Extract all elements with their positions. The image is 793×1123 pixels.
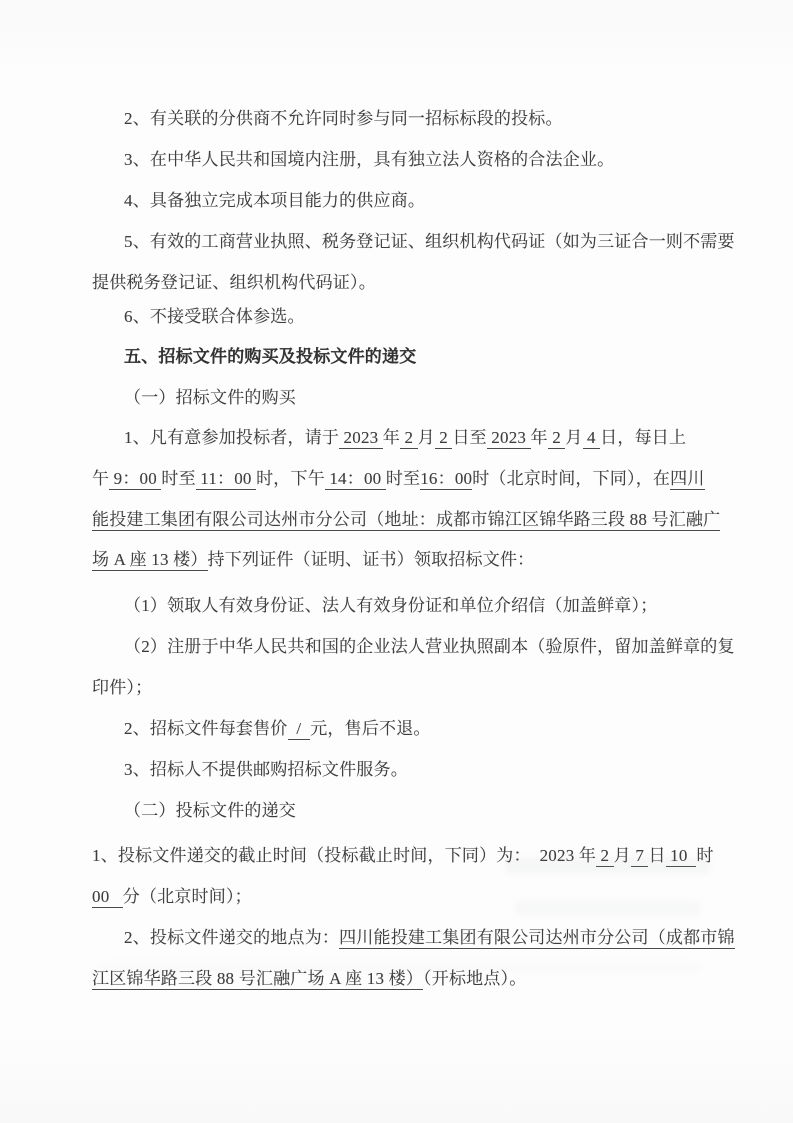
- text-line-1: 2、有关联的分供商不允许同时参与同一招标标段的投标。: [124, 108, 563, 130]
- text-segment: 时至: [386, 469, 420, 488]
- text-line-12: 场 A 座 13 楼）持下列证件（证明、证书）领取招标文件：: [92, 549, 534, 571]
- text-line-17: 3、招标人不提供邮购招标文件服务。: [124, 759, 408, 781]
- underlined-text: 10: [666, 846, 697, 867]
- underlined-text: 7: [631, 846, 649, 867]
- text-segment: 时至: [161, 469, 195, 488]
- text-segment: 5、有效的工商营业执照、税务登记证、组织机构代码证（如为三证合一则不需要: [124, 232, 735, 251]
- text-segment: 1、凡有意参加投标者，请于: [124, 428, 339, 447]
- underlined-text: 11：00: [196, 469, 256, 490]
- underlined-text: 能投建工集团有限公司达州市分公司（地址：成都市锦江区锦华路三段 88 号汇融广: [92, 510, 720, 531]
- text-line-4: 5、有效的工商营业执照、税务登记证、组织机构代码证（如为三证合一则不需要: [124, 231, 735, 253]
- text-line-18: （二）投标文件的递交: [124, 800, 296, 822]
- text-segment: 日至: [452, 428, 486, 447]
- underlined-text: 场 A 座 13 楼）: [92, 550, 208, 571]
- text-segment: 印件）；: [92, 678, 152, 697]
- text-line-22: 江区锦华路三段 88 号汇融广场 A 座 13 楼）（开标地点）。: [92, 968, 526, 990]
- text-line-6: 6、不接受联合体参选。: [124, 306, 305, 328]
- text-line-11: 能投建工集团有限公司达州市分公司（地址：成都市锦江区锦华路三段 88 号汇融广: [92, 509, 720, 531]
- text-line-2: 3、在中华人民共和国境内注册，具有独立法人资格的合法企业。: [124, 149, 614, 171]
- underlined-text: 16：00: [420, 469, 472, 490]
- text-segment: 持下列证件（证明、证书）领取招标文件：: [208, 550, 535, 569]
- text-segment: 分（北京时间）；: [123, 887, 252, 906]
- text-segment: 午: [92, 469, 109, 488]
- text-segment: 3、在中华人民共和国境内注册，具有独立法人资格的合法企业。: [124, 150, 614, 169]
- underlined-text: 2: [435, 428, 453, 449]
- underlined-text: 2: [548, 428, 566, 449]
- underlined-text: 四川能投建工集团有限公司达州市分公司（成都市锦: [339, 928, 735, 949]
- document-page: 2、有关联的分供商不允许同时参与同一招标标段的投标。3、在中华人民共和国境内注册…: [0, 0, 793, 1123]
- underlined-text: 00: [92, 887, 123, 908]
- underlined-text: 四川: [670, 469, 704, 490]
- text-segment: 元，售后不退。: [310, 719, 430, 738]
- text-segment: 月: [565, 428, 582, 447]
- underlined-text: 14：00: [325, 469, 386, 490]
- text-segment: 2、招标文件每套售价: [124, 719, 288, 738]
- text-line-3: 4、具备独立完成本项目能力的供应商。: [124, 190, 425, 212]
- text-segment: （二）投标文件的递交: [124, 801, 296, 820]
- text-segment: 提供税务登记证、组织机构代码证）。: [92, 273, 376, 292]
- text-segment: 年: [383, 428, 400, 447]
- text-segment: 日: [648, 846, 665, 865]
- text-segment: 2、投标文件递交的地点为：: [124, 928, 339, 947]
- text-line-16: 2、招标文件每套售价 / 元，售后不退。: [124, 718, 431, 740]
- text-segment: （2）注册于中华人民共和国的企业法人营业执照副本（验原件，留加盖鲜章的复: [124, 637, 735, 656]
- underlined-text: 江区锦华路三段 88 号汇融广场 A 座 13 楼）: [92, 969, 423, 990]
- text-line-20: 00 分（北京时间）；: [92, 886, 252, 908]
- text-segment: 年: [531, 428, 548, 447]
- underlined-text: 4: [583, 428, 601, 449]
- underlined-text: 2: [596, 846, 614, 867]
- underlined-text: 9：00: [109, 469, 161, 490]
- underlined-text: 2023: [487, 428, 531, 449]
- text-segment: 时，下午: [256, 469, 325, 488]
- text-segment: 4、具备独立完成本项目能力的供应商。: [124, 191, 425, 210]
- text-segment: 2、有关联的分供商不允许同时参与同一招标标段的投标。: [124, 109, 563, 128]
- text-segment: 五、招标文件的购买及投标文件的递交: [124, 347, 416, 366]
- text-segment: 3、招标人不提供邮购招标文件服务。: [124, 760, 408, 779]
- text-segment: 月: [418, 428, 435, 447]
- text-segment: 时（北京时间，下同），在: [472, 469, 670, 488]
- text-line-8: （一）招标文件的购买: [124, 387, 296, 409]
- text-line-9: 1、凡有意参加投标者，请于 2023 年 2 月 2 日至 2023 年 2 月…: [124, 427, 686, 449]
- text-segment: （一）招标文件的购买: [124, 388, 296, 407]
- text-line-21: 2、投标文件递交的地点为：四川能投建工集团有限公司达州市分公司（成都市锦: [124, 927, 735, 949]
- underlined-text: 2023: [339, 428, 383, 449]
- underlined-text: 2: [400, 428, 418, 449]
- text-segment: 1、投标文件递交的截止时间（投标截止时间，下同）为： 2023 年: [92, 846, 596, 865]
- text-segment: 6、不接受联合体参选。: [124, 307, 305, 326]
- text-segment: （开标地点）。: [423, 969, 526, 988]
- underlined-text: /: [288, 719, 311, 740]
- text-line-10: 午 9：00 时至 11：00 时，下午 14：00 时至16：00时（北京时间…: [92, 468, 705, 490]
- text-segment: （1）领取人有效身份证、法人有效身份证和单位介绍信（加盖鲜章）；: [124, 596, 657, 615]
- text-line-14: （2）注册于中华人民共和国的企业法人营业执照副本（验原件，留加盖鲜章的复: [124, 636, 735, 658]
- text-line-7: 五、招标文件的购买及投标文件的递交: [124, 346, 416, 368]
- text-line-5: 提供税务登记证、组织机构代码证）。: [92, 272, 376, 294]
- text-segment: 月: [614, 846, 631, 865]
- text-line-15: 印件）；: [92, 677, 152, 699]
- text-line-19: 1、投标文件递交的截止时间（投标截止时间，下同）为： 2023 年 2 月 7 …: [92, 845, 714, 867]
- text-segment: 时: [696, 846, 713, 865]
- scan-bleed-artifact: [515, 901, 700, 916]
- text-line-13: （1）领取人有效身份证、法人有效身份证和单位介绍信（加盖鲜章）；: [124, 595, 657, 617]
- text-segment: 日，每日上: [600, 428, 686, 447]
